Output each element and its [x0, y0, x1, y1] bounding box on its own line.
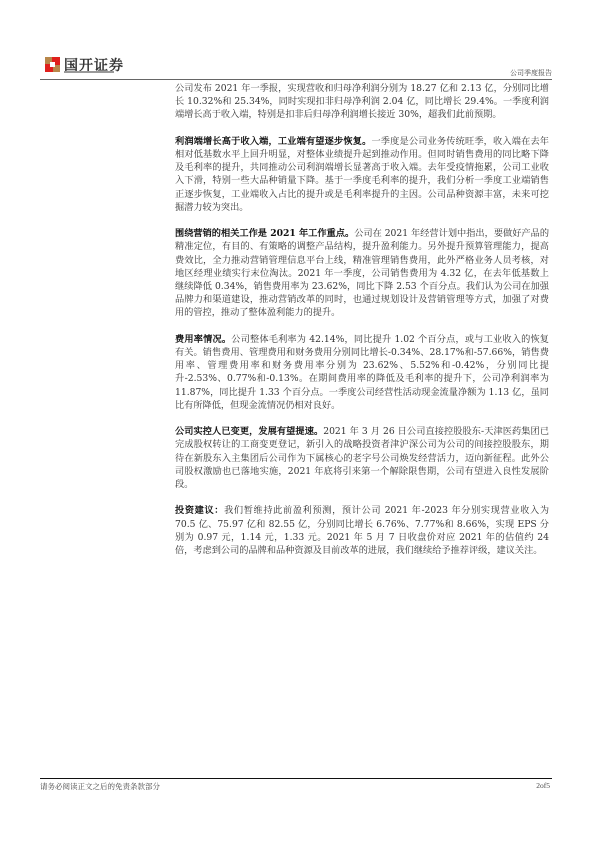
page-number: 2of5 [536, 781, 550, 790]
report-type: 公司季度报告 [510, 68, 552, 78]
paragraph-lead: 公司实控人已变更，发展有望提速。 [175, 426, 323, 437]
report-body: 公司发布 2021 年一季报，实现营收和归母净利润分别为 18.27 亿和 2.… [175, 82, 549, 570]
paragraph-text: 公司整体毛利率为 42.14%，同比提升 1.02 个百分点，或与工业收入的恢复… [175, 334, 549, 411]
paragraph-text: 我们暂维持此前盈利预测，预计公司 2021 年-2023 年分别实现营业收入为 … [175, 505, 549, 556]
footer-disclaimer: 请务必阅读正文之后的免责条款部分 [40, 781, 160, 792]
paragraph-profit: 利润端增长高于收入端，工业端有望逐步恢复。一季度是公司业务传统旺季，收入端在去年… [175, 135, 549, 214]
page-header: 国开证券 公司季度报告 [40, 55, 552, 81]
brand-subtitle-bar [64, 71, 114, 73]
paragraph-text: 公司在 2021 年经营计划中指出，要做好产品的精准定位，有目的、有策略的调整产… [175, 228, 549, 318]
paragraph-lead: 围绕营销的相关工作是 2021 年工作重点。 [175, 228, 354, 239]
header-divider [40, 79, 552, 80]
paragraph-lead: 利润端增长高于收入端，工业端有望逐步恢复。 [175, 136, 371, 147]
paragraph-lead: 投资建议： [175, 505, 224, 516]
paragraph-text: 一季度是公司业务传统旺季，收入端在去年相对低基数水平上回升明显，对整体业绩提升起… [175, 136, 549, 213]
paragraph-marketing: 围绕营销的相关工作是 2021 年工作重点。公司在 2021 年经营计划中指出，… [175, 227, 549, 319]
company-logo-icon [45, 57, 60, 72]
paragraph-summary: 公司发布 2021 年一季报，实现营收和归母净利润分别为 18.27 亿和 2.… [175, 82, 549, 122]
paragraph-expense: 费用率情况。公司整体毛利率为 42.14%，同比提升 1.02 个百分点，或与工… [175, 333, 549, 412]
paragraph-text: 公司发布 2021 年一季报，实现营收和归母净利润分别为 18.27 亿和 2.… [175, 83, 549, 120]
paragraph-lead: 费用率情况。 [175, 334, 231, 345]
paragraph-investment: 投资建议：我们暂维持此前盈利预测，预计公司 2021 年-2023 年分别实现营… [175, 504, 549, 557]
paragraph-controller: 公司实控人已变更，发展有望提速。2021 年 3 月 26 日公司直接控股股东-… [175, 425, 549, 491]
footer-divider [40, 778, 552, 779]
